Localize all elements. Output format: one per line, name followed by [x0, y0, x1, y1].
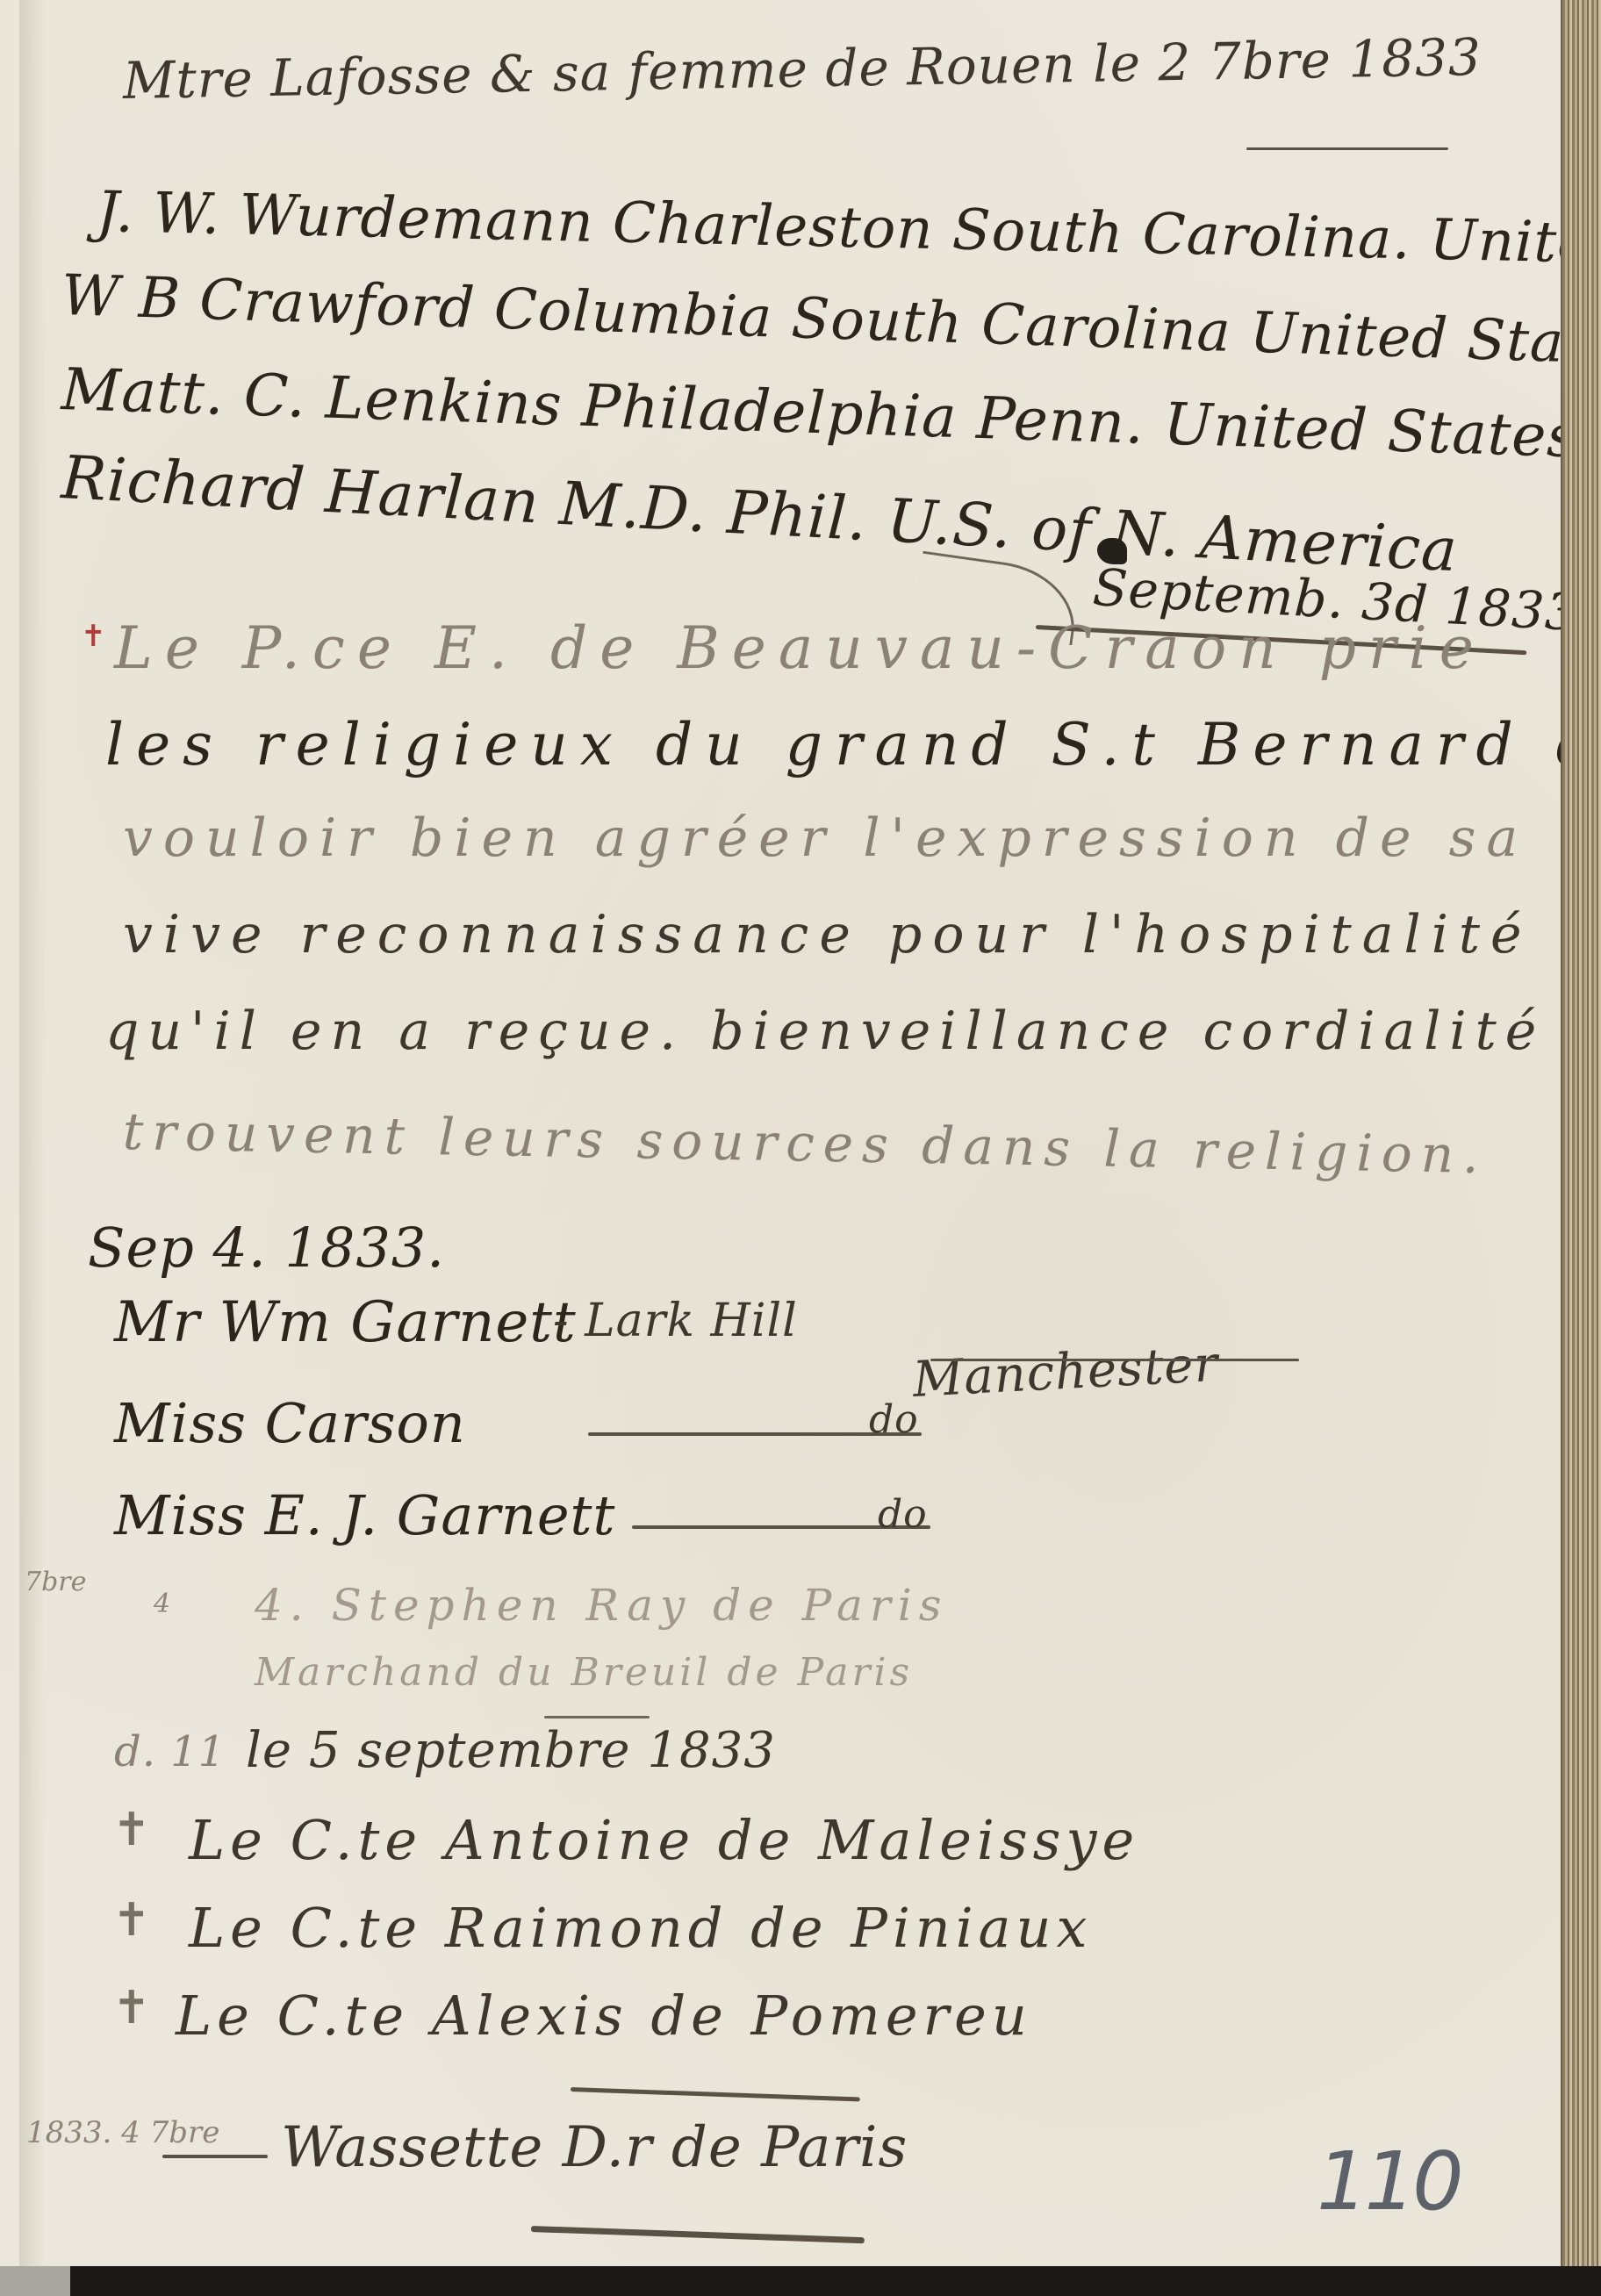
background-left — [0, 2266, 79, 2296]
entry-lenkins: Matt. C. Lenkins Philadelphia Penn. Unit… — [61, 355, 1579, 470]
sep4-city-3: do — [878, 1492, 928, 1537]
underline-rule — [1246, 147, 1448, 150]
margin-rule — [162, 2155, 268, 2158]
faint-entry-1: 4. Stephen Ray de Paris — [255, 1580, 948, 1631]
sep4-city-1: Manchester — [911, 1336, 1219, 1409]
gutter-shadow — [19, 0, 46, 2269]
message-line-1: Le P.ce E. de Beauvau-Craon prie — [114, 614, 1486, 682]
message-line-3: vouloir bien agréer l'expression de sa — [123, 807, 1528, 869]
margin-note-7bre: 7bre — [25, 1567, 86, 1597]
cross-mark: ✝ — [112, 1982, 151, 2034]
underline-rule — [930, 1359, 1299, 1361]
page-stack-edge — [1561, 0, 1601, 2282]
entry-crawford: W B Crawford Columbia South Carolina Uni… — [61, 263, 1601, 378]
underline-rule — [531, 2226, 865, 2243]
cross-mark: ✝ — [112, 1804, 151, 1856]
background-surface — [70, 2266, 1601, 2296]
red-cross-mark: ✝ — [81, 619, 106, 654]
sep4-name-2: Miss Carson — [114, 1391, 466, 1455]
message-line-6: trouvent leurs sources dans la religion. — [122, 1101, 1488, 1185]
underline-rule — [544, 1716, 650, 1718]
entry-wurdemann: J. W. Wurdemann Charleston South Carolin… — [96, 180, 1601, 281]
sep5-name-2: Le C.te Raimond de Piniaux — [189, 1896, 1092, 1960]
final-entry: Wassette D.r de Paris — [281, 2115, 908, 2180]
sep5-prefix: d. 11 — [114, 1727, 226, 1776]
sep4-name-1: Mr Wm Garnett — [114, 1290, 577, 1355]
sep5-name-1: Le C.te Antoine de Maleissye — [189, 1808, 1139, 1872]
sep4-date: Sep 4. 1833. — [88, 1216, 445, 1280]
sep5-name-3: Le C.te Alexis de Pomereu — [176, 1984, 1032, 2048]
underline-rule — [571, 2087, 860, 2102]
faint-entry-2: Marchand du Breuil de Paris — [255, 1650, 913, 1695]
folio-number: 110 — [1317, 2135, 1461, 2228]
sep4-place-1: - Lark Hill — [553, 1295, 798, 1347]
message-line-5: qu'il en a reçue. bienveillance cordiali… — [105, 1001, 1545, 1062]
cross-mark: ✝ — [112, 1894, 151, 1947]
entry-harlan: Richard Harlan M.D. Phil. U.S. of N. Ame… — [60, 443, 1460, 585]
margin-note-date: 1833. 4 7bre — [26, 2115, 219, 2150]
message-line-4: vive reconnaissance pour l'hospitalité — [123, 904, 1533, 965]
entry-lafosse: Mtre Lafosse & sa femme de Rouen le 2 7b… — [122, 27, 1482, 111]
margin-note-day: 4 — [154, 1589, 170, 1619]
sep4-city-2: do — [869, 1397, 919, 1442]
sep4-name-3: Miss E. J. Garnett — [114, 1483, 615, 1547]
manuscript-page: Mtre Lafosse & sa femme de Rouen le 2 7b… — [0, 0, 1601, 2269]
sep5-date: le 5 septembre 1833 — [246, 1722, 776, 1779]
message-line-2: les religieux du grand S.t Bernard de — [105, 711, 1601, 778]
